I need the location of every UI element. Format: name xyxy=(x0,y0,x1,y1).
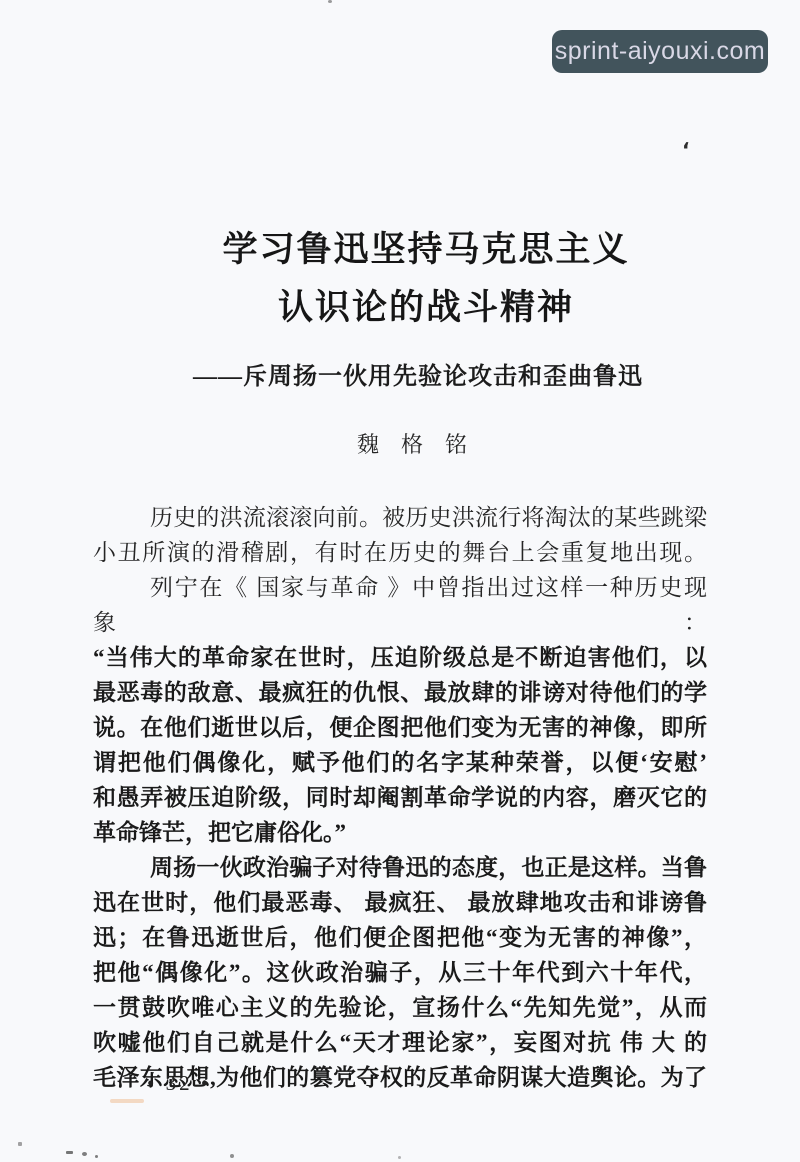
text-line: 一贯鼓吹唯心主义的先验论，宣扬什么“先知先觉”，从而 xyxy=(93,990,707,1025)
title-line-1: 学习鲁迅坚持马克思主义 xyxy=(52,221,800,279)
article-author: 魏 格 铭 xyxy=(0,428,800,459)
text-line: 历史的洪流滚滚向前。被历史洪流行将淘汰的某些跳梁 xyxy=(93,500,707,535)
article-title: 学习鲁迅坚持马克思主义 认识论的战斗精神 xyxy=(0,221,800,337)
scanned-document-page: sprint-aiyouxi.com ʻ 学习鲁迅坚持马克思主义 认识论的战斗精… xyxy=(0,0,800,1162)
stray-ink-mark: ʻ xyxy=(682,138,690,162)
watermark-badge: sprint-aiyouxi.com xyxy=(552,30,768,73)
body-text: 历史的洪流滚滚向前。被历史洪流行将淘汰的某些跳梁小丑所演的滑稽剧，有时在历史的舞… xyxy=(93,500,707,1095)
text-line: 和愚弄被压迫阶级，同时却阉割革命学说的内容，磨灭它的 xyxy=(93,780,707,815)
text-line: 最恶毒的敌意、最疯狂的仇恨、最放肆的诽谤对待他们的学 xyxy=(93,675,707,710)
scan-speck xyxy=(95,1155,98,1158)
page-number: • 32 • xyxy=(147,1071,211,1096)
text-line: “当伟大的革命家在世时，压迫阶级总是不断迫害他们，以 xyxy=(93,640,707,675)
scan-speck xyxy=(230,1154,234,1158)
text-line: 周扬一伙政治骗子对待鲁迅的态度，也正是这样。当鲁 xyxy=(93,850,707,885)
text-line: 说。在他们逝世以后，便企图把他们变为无害的神像，即所 xyxy=(93,710,707,745)
scan-speck xyxy=(398,1156,401,1159)
text-line: 迅；在鲁迅逝世后，他们便企图把他“变为无害的神像”， xyxy=(93,920,707,955)
scan-speck xyxy=(82,1152,87,1156)
text-line: 革命锋芒，把它庸俗化。” xyxy=(93,815,707,850)
text-line: 迅在世时，他们最恶毒、 最疯狂、 最放肆地攻击和诽谤鲁 xyxy=(93,885,707,920)
title-line-2: 认识论的战斗精神 xyxy=(52,279,800,337)
scan-speck xyxy=(328,0,332,3)
watermark-text: sprint-aiyouxi.com xyxy=(555,37,765,66)
text-line: 小丑所演的滑稽剧，有时在历史的舞台上会重复地出现。 xyxy=(93,535,707,570)
text-line: 列宁在《 国家与革命 》中曾指出过这样一种历史现象： xyxy=(93,570,707,640)
scan-speck xyxy=(18,1142,22,1146)
text-line: 把他“偶像化”。这伙政治骗子，从三十年代到六十年代， xyxy=(93,955,707,990)
text-line: 谓把他们偶像化，赋予他们的名字某种荣誉，以便‘安慰’ xyxy=(93,745,707,780)
article-subtitle: ——斥周扬一伙用先验论攻击和歪曲鲁迅 xyxy=(0,356,800,391)
text-line: 吹嘘他们自己就是什么“天才理论家”，妄图对抗 伟 大 的 xyxy=(93,1025,707,1060)
scan-smudge xyxy=(110,1099,144,1103)
scan-speck xyxy=(66,1151,73,1154)
